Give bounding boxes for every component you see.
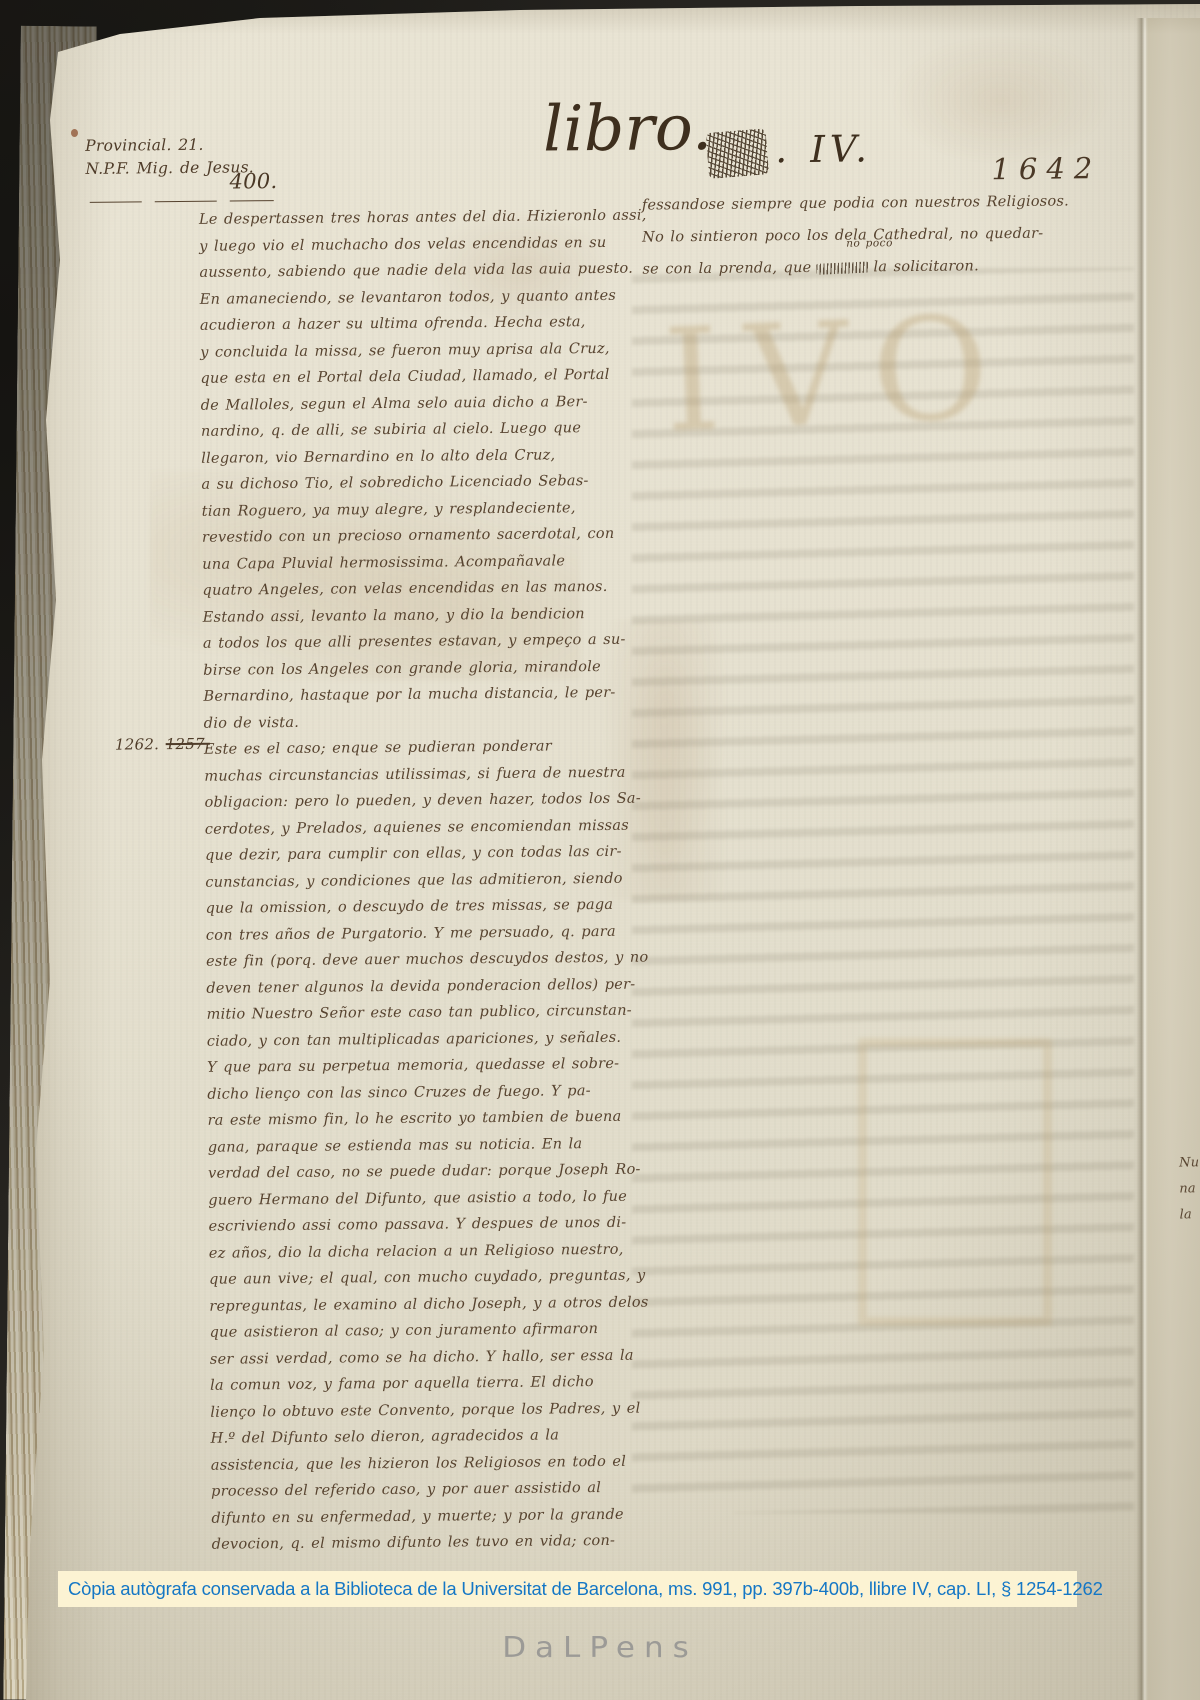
manuscript-line: que asistieron al caso; y con juramento … [209,1316,631,1347]
book-header-numeral: . IV. [775,127,872,171]
manuscript-line: lienço lo obtuvo este Convento, porque l… [210,1395,632,1426]
manuscript-line: guero Hermano del Difunto, que asistio a… [208,1183,630,1214]
next-page-edge-fragments: Nunala [1179,1150,1200,1228]
manuscript-line: fessandose siempre que podia con nuestro… [642,186,1062,222]
line3-pre: se con la prenda, que [642,260,811,278]
manuscript-line: se con la prenda, quela solicitaron. [642,250,1062,286]
manuscript-line: ser assi verdad, como se ha dicho. Y hal… [210,1342,632,1373]
left-column-text: Le despertassen tres horas antes del dia… [199,203,634,1558]
manuscript-line: y concluida la missa, se fueron muy apri… [200,335,622,366]
manuscript-line: la comun voz, y fama por aquella tierra.… [210,1369,632,1400]
manuscript-page: IVO Provincial. 21. N.P.F. Mig. de Jesus… [0,0,1200,1700]
manuscript-line: que la omission, o descuydo de tres miss… [205,892,627,923]
manuscript-line: de Malloles, segun el Alma selo auia dic… [201,388,623,419]
crossed-out-word [816,261,868,274]
manuscript-line: assistencia, que les hizieron los Religi… [211,1448,633,1479]
manuscript-line: escriviendo assi como passava. Y despues… [208,1210,630,1241]
manuscript-line: a su dichoso Tio, el sobredicho Licencia… [201,468,623,499]
manuscript-line: y luego vio el muchacho dos velas encend… [199,229,621,260]
manuscript-line: llegaron, vio Bernardino en lo alto dela… [201,441,623,472]
manuscript-line: Y que para su perpetua memoria, quedasse… [207,1051,629,1082]
manuscript-line: revestido con un precioso ornamento sace… [202,521,624,552]
edge-fragment: na [1179,1176,1199,1202]
manuscript-line: Le despertassen tres horas antes del dia… [199,203,621,234]
manuscript-line: dicho lienço con las sinco Cruzes de fue… [207,1077,629,1108]
manuscript-line: aussento, sabiendo que nadie dela vida l… [199,256,621,287]
interlinear-correction: no poco [846,237,893,249]
margin-ref-struck: 1257. [166,735,210,753]
manuscript-line: tian Roguero, ya muy alegre, y resplande… [202,494,624,525]
manuscript-line: quatro Angeles, con velas encendidas en … [202,574,624,605]
header-scribble [706,128,769,179]
manuscript-line: este fin (porq. deve auer muchos descuyd… [206,945,628,976]
right-column-text: fessandose siempre que podia con nuestro… [642,186,1063,286]
manuscript-line: ez años, dio la dicha relacion a un Reli… [209,1236,631,1267]
manuscript-line: obligacion: pero lo pueden, y deven haze… [204,786,626,817]
manuscript-line: difunto en su enfermedad, y muerte; y po… [211,1501,633,1532]
manuscript-line: ciado, y con tan multiplicadas aparicion… [207,1024,629,1055]
manuscript-line: H.º del Difunto selo dieron, agradecidos… [211,1422,633,1453]
manuscript-line: devocion, q. el mismo difunto les tuvo e… [212,1528,634,1559]
manuscript-line: verdad del caso, no se puede dudar: porq… [208,1157,630,1188]
manuscript-line: una Capa Pluvial hermosissima. Acompañav… [202,547,624,578]
margin-paragraph-ref: 1262. 1257. [115,735,210,754]
caption-bar: Còpia autògrafa conservada a la Bibliote… [58,1571,1077,1607]
manuscript-line: que esta en el Portal dela Ciudad, llama… [200,362,622,393]
manuscript-line: que dezir, para cumplir con ellas, y con… [205,839,627,870]
manuscript-line: mitio Nuestro Señor este caso tan public… [206,998,628,1029]
manuscript-line: birse con los Angeles con grande gloria,… [203,653,625,684]
manuscript-line: con tres años de Purgatorio. Y me persua… [206,918,628,949]
manuscript-line: que aun vive; el qual, con mucho cuydado… [209,1263,631,1294]
manuscript-line: acudieron a hazer su ultima ofrenda. Hec… [200,309,622,340]
ink-layer: Provincial. 21. N.P.F. Mig. de Jesus. 40… [0,0,1200,1700]
manuscript-line: deven tener algunos la devida ponderacio… [206,971,628,1002]
manuscript-line: repreguntas, le examino al dicho Joseph,… [209,1289,631,1320]
manuscript-line: Estando assi, levanto la mano, y dio la … [203,600,625,631]
dalpens-watermark: DaLPens [0,1631,1200,1664]
manuscript-line: Este es el caso; enque se pudieran ponde… [204,733,626,764]
manuscript-line: gana, paraque se estienda mas su noticia… [208,1130,630,1161]
manuscript-line: nardino, q. de alli, se subiria al cielo… [201,415,623,446]
manuscript-line: cunstancias, y condiciones que las admit… [205,865,627,896]
manuscript-line: dio de vista. [204,706,626,737]
margin-note-line1: Provincial. 21. [85,133,254,158]
manuscript-line: cerdotes, y Prelados, aquienes se encomi… [205,812,627,843]
margin-ref-kept: 1262. [115,735,159,753]
manuscript-line: a todos los que alli presentes estavan, … [203,627,625,658]
manuscript-line: Bernardino, hastaque por la mucha distan… [203,680,625,711]
manuscript-line: processo del referido caso, y por auer a… [211,1475,633,1506]
line3-post: la solicitaron. [873,258,979,275]
manuscript-line: En amaneciendo, se levantaron todos, y q… [200,282,622,313]
book-header-word: libro. [543,91,713,166]
folio-number: 1642 [991,151,1101,186]
manuscript-line: ra este mismo fin, lo he escrito yo tamb… [207,1104,629,1135]
edge-fragment: Nu [1179,1150,1199,1176]
manuscript-line: muchas circunstancias utilissimas, si fu… [204,759,626,790]
page-number: 400. [229,169,277,193]
manuscript-photo: IVO Provincial. 21. N.P.F. Mig. de Jesus… [0,0,1200,1700]
caption-text: Còpia autògrafa conservada a la Bibliote… [68,1578,1103,1600]
edge-fragment: la [1179,1202,1199,1228]
